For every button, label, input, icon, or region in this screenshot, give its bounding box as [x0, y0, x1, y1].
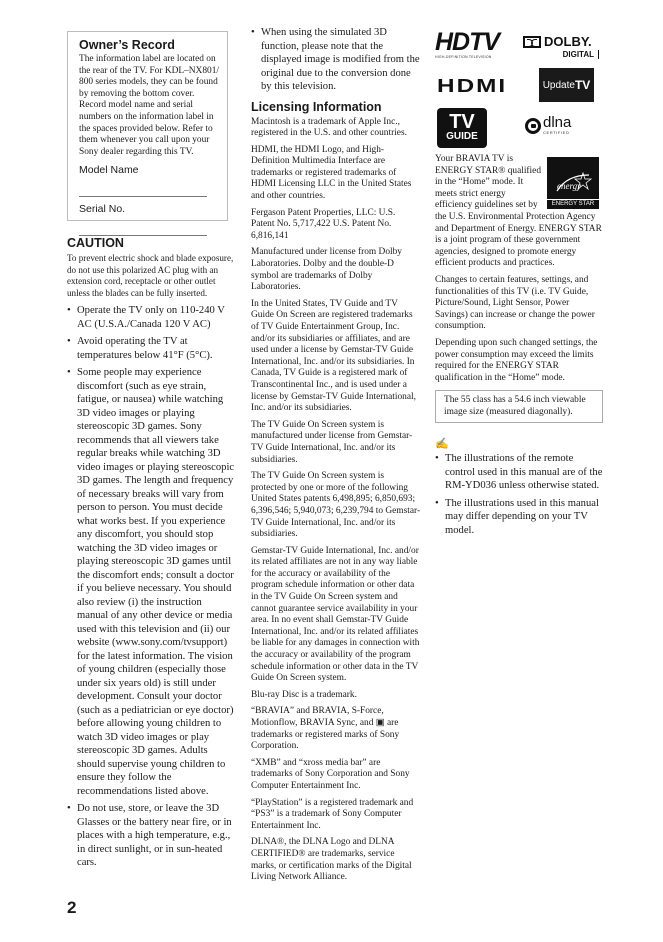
tv-guide-logo: TV GUIDE [437, 108, 487, 148]
dolby-digital-text: DIGITAL [523, 50, 599, 59]
owners-record-body: The information label are located on the… [79, 54, 221, 158]
dolby-logo-text: DOLBY. [544, 34, 592, 49]
energy-star-logo: energy ENERGY STAR [547, 157, 599, 209]
energy-star-caption: ENERGY STAR [547, 199, 599, 209]
licensing-paragraph: In the United States, TV Guide and TV Gu… [251, 299, 421, 415]
dolby-digital-logo: DOLBY. DIGITAL [523, 34, 599, 59]
note-bullets: The illustrations of the remote control … [435, 452, 603, 537]
dlna-logo-text: dlna [543, 116, 571, 130]
licensing-paragraph: “XMB” and “xross media bar” are trademar… [251, 758, 421, 793]
update-tv-logo: Update TV [539, 68, 594, 102]
licensing-paragraph: Gemstar-TV Guide International, Inc. and… [251, 546, 421, 685]
tv-guide-bottom-text: GUIDE [446, 131, 478, 143]
hdmi-logo-text: HDMI [437, 76, 507, 97]
list-item: Operate the TV only on 110-240 V AC (U.S… [67, 304, 235, 331]
owners-record-box: Owner’s Record The information label are… [67, 31, 228, 221]
hdmi-logo: HDMI [437, 76, 489, 97]
caution-intro: To prevent electric shock and blade expo… [67, 253, 235, 299]
licensing-paragraph: The TV Guide On Screen system is manufac… [251, 420, 421, 466]
simulated-3d-bullet: When using the simulated 3D function, pl… [251, 26, 421, 94]
owners-record-title: Owner’s Record [79, 38, 221, 52]
list-item: Do not use, store, or leave the 3D Glass… [67, 802, 235, 870]
list-item: The illustrations of the remote control … [435, 452, 603, 493]
note-pencil-icon: ✍ [435, 437, 603, 450]
caution-section: CAUTION To prevent electric shock and bl… [67, 236, 235, 874]
model-name-label: Model Name [79, 164, 221, 176]
screen-size-box: The 55 class has a 54.6 inch viewable im… [435, 390, 603, 423]
list-item: Avoid operating the TV at temperatures b… [67, 335, 235, 362]
caution-title: CAUTION [67, 236, 235, 250]
licensing-paragraph: Blu-ray Disc is a trademark. [251, 690, 421, 702]
licensing-column: When using the simulated 3D function, pl… [251, 26, 421, 889]
hdtv-logo-text: HDTV [435, 30, 515, 55]
page-number: 2 [67, 898, 76, 918]
update-tv-text: Update [543, 80, 575, 91]
power-paragraph: Depending upon such changed settings, th… [435, 338, 603, 384]
list-item: Some people may experience discomfort (s… [67, 366, 235, 798]
model-name-line [79, 176, 207, 197]
licensing-paragraph: “BRAVIA” and BRAVIA, S-Force, Motionflow… [251, 706, 421, 752]
caution-bullets: Operate the TV only on 110-240 V AC (U.S… [67, 304, 235, 870]
update-tv-tv-text: TV [575, 78, 590, 92]
serial-no-line [79, 215, 207, 236]
energy-star-icon: energy [553, 169, 593, 199]
logos-column: HDTV HIGH-DEFINITION TELEVISION DOLBY. D… [435, 30, 603, 541]
licensing-paragraph: DLNA®, the DLNA Logo and DLNA CERTIFIED®… [251, 837, 421, 883]
energy-star-section: energy ENERGY STAR Your BRAVIA TV is ENE… [435, 154, 603, 537]
serial-no-label: Serial No. [79, 203, 221, 215]
dlna-certified-text: CERTIFIED [543, 130, 571, 135]
dlna-circle-icon [525, 118, 541, 134]
licensing-paragraph: HDMI, the HDMI Logo, and High-Definition… [251, 145, 421, 203]
hdtv-logo: HDTV HIGH-DEFINITION TELEVISION [435, 30, 515, 59]
list-item: The illustrations used in this manual ma… [435, 497, 603, 538]
logo-grid: HDTV HIGH-DEFINITION TELEVISION DOLBY. D… [435, 30, 603, 152]
licensing-paragraph: Manufactured under license from Dolby La… [251, 247, 421, 293]
licensing-title: Licensing Information [251, 100, 421, 114]
licensing-paragraph: Fergason Patent Properties, LLC: U.S. Pa… [251, 208, 421, 243]
licensing-paragraph: The TV Guide On Screen system is protect… [251, 471, 421, 541]
hdtv-logo-subtext: HIGH-DEFINITION TELEVISION [435, 55, 515, 59]
power-paragraph: Changes to certain features, settings, a… [435, 275, 603, 333]
list-item: When using the simulated 3D function, pl… [251, 26, 421, 94]
svg-text:energy: energy [557, 181, 581, 191]
licensing-paragraph: Macintosh is a trademark of Apple Inc., … [251, 117, 421, 140]
dolby-double-d-icon [523, 36, 541, 48]
licensing-paragraph: “PlayStation” is a registered trademark … [251, 798, 421, 833]
tv-guide-top-text: TV [449, 113, 475, 131]
dlna-certified-logo: dlna CERTIFIED [525, 116, 571, 135]
